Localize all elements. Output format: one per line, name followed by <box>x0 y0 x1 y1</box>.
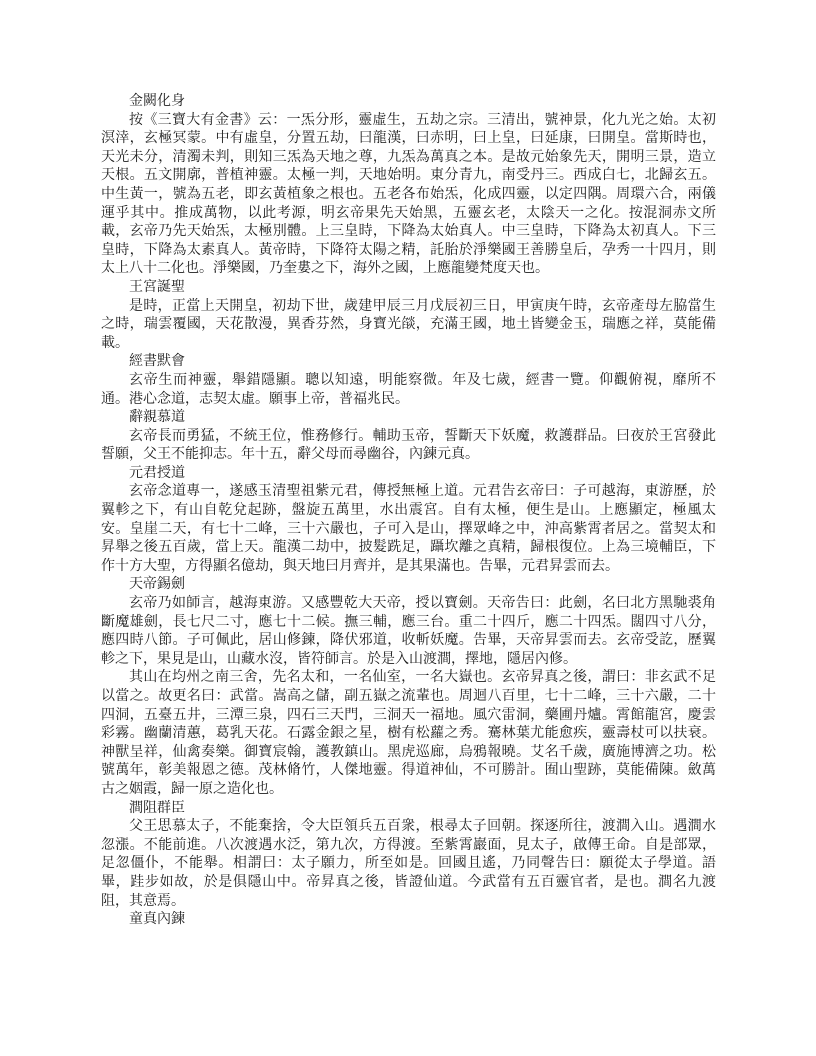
document-body: 金闕化身按《三寶大有金書》云：一炁分形，靈虛生，五劫之宗。三清出，號神景，化九光… <box>101 93 716 930</box>
section-heading: 童真內鍊 <box>101 911 716 930</box>
section-heading: 王宮誕聖 <box>101 279 716 298</box>
section-heading: 澗阻群臣 <box>101 800 716 819</box>
section-paragraph: 其山在均州之南三舍，先名太和，一名仙室，一名大嶽也。玄帝昇真之後，謂曰：非玄武不… <box>101 669 716 799</box>
section-heading: 金闕化身 <box>101 93 716 112</box>
section-heading: 元君授道 <box>101 465 716 484</box>
section-heading: 辭親慕道 <box>101 409 716 428</box>
document-page: 金闕化身按《三寶大有金書》云：一炁分形，靈虛生，五劫之宗。三清出，號神景，化九光… <box>0 0 816 1056</box>
section-paragraph: 玄帝乃如師言，越海東游。又感豐乾大天帝，授以寶劍。天帝告曰：此劍，名曰北方黑馳裘… <box>101 595 716 669</box>
section-paragraph: 玄帝念道專一，遂感玉清聖祖紫元君，傳授無極上道。元君告玄帝曰：子可越海，東游歷，… <box>101 483 716 576</box>
section-heading: 天帝錫劍 <box>101 576 716 595</box>
section-paragraph: 父王思慕太子，不能棄捨，令大臣領兵五百衆，根尋太子回朝。探逐所往，渡澗入山。遇澗… <box>101 818 716 911</box>
section-paragraph: 按《三寶大有金書》云：一炁分形，靈虛生，五劫之宗。三清出，號神景，化九光之始。太… <box>101 112 716 279</box>
section-paragraph: 玄帝長而勇猛，不統王位，惟務修行。輔助玉帝，誓斷天下妖魔，救護群品。曰夜於王宮發… <box>101 428 716 465</box>
section-paragraph: 玄帝生而神靈，舉錯隱顯。聰以知遠，明能察微。年及七歲，經書一覽。仰觀俯視，靡所不… <box>101 372 716 409</box>
section-paragraph: 是時，正當上天開皇，初劫下世，歲建甲辰三月戊辰初三日，甲寅庚午時，玄帝產母左脇當… <box>101 298 716 354</box>
section-heading: 經書默會 <box>101 353 716 372</box>
